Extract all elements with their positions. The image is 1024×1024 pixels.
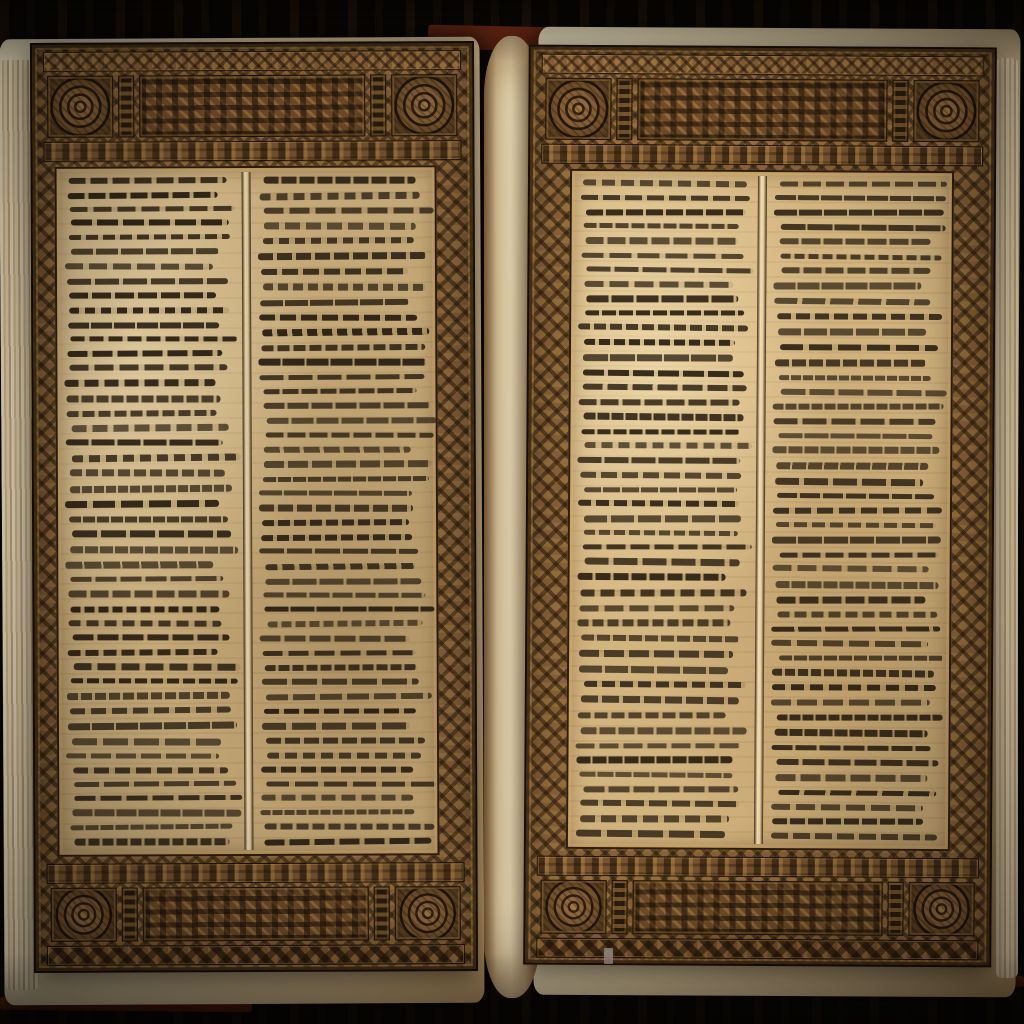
script-line — [778, 612, 938, 619]
script-line — [70, 824, 232, 831]
script-line — [776, 522, 936, 528]
script-line — [67, 410, 217, 417]
script-line — [71, 546, 239, 553]
script-line — [261, 679, 418, 685]
script-line — [584, 413, 744, 422]
script-line — [581, 635, 739, 643]
script-line — [774, 210, 944, 216]
rosette-panel — [51, 888, 117, 942]
right-footer-band — [525, 849, 990, 966]
script-line — [771, 640, 928, 647]
script-line — [71, 679, 238, 685]
cartouche-row — [51, 886, 461, 942]
script-line — [264, 446, 411, 452]
script-line — [263, 238, 414, 245]
script-line — [578, 399, 739, 405]
script-line — [265, 664, 417, 671]
text-column — [568, 171, 758, 848]
script-line — [260, 636, 410, 642]
script-line — [67, 692, 230, 700]
script-line — [774, 283, 922, 290]
script-line — [583, 384, 747, 392]
script-line — [263, 650, 416, 656]
script-line — [65, 562, 213, 569]
script-line — [69, 591, 230, 598]
script-line — [258, 359, 426, 366]
script-line — [583, 369, 744, 377]
script-line — [263, 208, 433, 214]
script-line — [775, 478, 923, 486]
script-line — [577, 620, 730, 627]
script-line — [771, 803, 923, 810]
script-line — [264, 708, 416, 714]
script-line — [75, 838, 230, 845]
script-line — [261, 534, 412, 541]
script-line — [73, 635, 230, 641]
script-line — [580, 727, 746, 734]
script-line — [69, 365, 227, 372]
script-line — [585, 557, 740, 566]
small-paper-fragment — [604, 948, 613, 964]
left-header-band — [32, 43, 473, 167]
script-line — [780, 224, 945, 231]
script-line — [72, 453, 241, 462]
scroll-strip — [43, 140, 461, 162]
script-line — [267, 620, 422, 628]
script-line — [780, 181, 947, 187]
script-line — [71, 220, 229, 226]
script-line — [578, 457, 741, 464]
rosette-panel — [391, 74, 457, 136]
script-line — [581, 696, 739, 705]
script-line — [266, 781, 436, 786]
braid-strip — [542, 54, 984, 77]
script-line — [69, 307, 229, 314]
script-line — [772, 404, 943, 410]
right-text-area — [566, 169, 954, 851]
script-line — [264, 837, 431, 845]
script-line — [66, 753, 219, 759]
script-line — [69, 620, 222, 626]
script-line — [584, 339, 735, 346]
script-line — [775, 774, 927, 782]
script-line — [578, 500, 739, 507]
script-line — [267, 417, 437, 424]
script-line — [582, 253, 744, 260]
divider-panel — [374, 886, 390, 940]
script-line — [778, 789, 936, 796]
script-line — [774, 729, 927, 738]
scroll-strip — [537, 856, 979, 879]
script-line — [777, 596, 926, 603]
script-line — [73, 767, 228, 773]
script-line — [259, 374, 424, 381]
script-line — [69, 484, 232, 493]
script-line — [74, 795, 242, 801]
script-line — [582, 429, 740, 434]
manuscript-photo — [0, 0, 1024, 1024]
cartouche-row — [545, 78, 979, 143]
script-line — [779, 375, 931, 381]
script-line — [776, 463, 928, 470]
knotwork-cartouche — [143, 887, 369, 942]
script-line — [780, 388, 946, 396]
script-line — [72, 424, 229, 432]
script-line — [777, 715, 943, 721]
script-line — [579, 650, 733, 659]
script-line — [585, 311, 744, 316]
divider-panel — [122, 888, 138, 942]
script-line — [585, 209, 745, 215]
rosette-panel — [395, 886, 461, 940]
script-line — [264, 824, 434, 830]
left-footer-band — [36, 855, 476, 971]
divider-panel — [611, 880, 627, 934]
script-line — [264, 177, 416, 184]
script-line — [70, 470, 226, 477]
script-line — [70, 336, 237, 341]
script-line — [71, 248, 219, 255]
script-line — [66, 440, 223, 446]
script-line — [264, 460, 432, 468]
script-line — [586, 237, 738, 245]
script-line — [779, 433, 933, 439]
script-line — [71, 576, 224, 582]
script-line — [67, 395, 221, 402]
script-line — [67, 278, 228, 284]
script-line — [261, 268, 408, 275]
script-line — [264, 222, 416, 230]
divider-panel — [118, 76, 134, 138]
script-line — [771, 832, 937, 840]
script-line — [584, 487, 737, 492]
script-line — [584, 223, 739, 229]
script-line — [579, 665, 728, 674]
script-line — [70, 707, 231, 715]
script-line — [584, 443, 752, 450]
script-line — [67, 722, 237, 731]
knotwork-cartouche — [637, 78, 887, 142]
script-line — [581, 195, 750, 202]
script-line — [779, 552, 938, 557]
script-line — [72, 531, 231, 538]
left-text-area — [55, 165, 440, 857]
script-line — [259, 314, 417, 320]
rosette-panel — [545, 78, 611, 140]
script-line — [261, 344, 425, 352]
script-line — [74, 781, 236, 788]
script-line — [776, 759, 938, 767]
script-line — [263, 283, 426, 291]
script-line — [68, 177, 226, 184]
right-header-band — [530, 47, 995, 172]
checker-strip — [536, 938, 978, 961]
script-line — [577, 713, 725, 719]
script-line — [263, 388, 416, 394]
script-line — [264, 402, 431, 409]
script-line — [771, 745, 930, 751]
rosette-panel — [47, 76, 113, 138]
script-line — [775, 581, 938, 589]
script-line — [68, 191, 218, 198]
script-line — [69, 234, 230, 240]
script-line — [583, 530, 737, 536]
script-line — [262, 328, 429, 336]
script-line — [580, 772, 733, 779]
script-line — [261, 767, 413, 773]
divider-panel — [892, 80, 908, 142]
script-line — [775, 195, 946, 201]
script-line — [265, 607, 435, 612]
script-line — [580, 815, 729, 822]
script-line — [772, 818, 923, 825]
script-line — [584, 281, 733, 288]
scroll-strip — [541, 144, 983, 167]
script-line — [74, 663, 241, 671]
script-line — [67, 648, 217, 655]
braid-strip — [43, 50, 461, 72]
script-line — [586, 266, 753, 274]
rosette-panel — [913, 80, 979, 142]
script-line — [266, 432, 434, 438]
script-line — [578, 324, 748, 333]
script-line — [775, 359, 926, 366]
script-line — [71, 606, 220, 612]
rosette-panel — [908, 882, 974, 936]
script-line — [260, 809, 414, 815]
script-line — [69, 516, 228, 522]
script-line — [583, 354, 733, 361]
text-column — [250, 167, 437, 854]
script-line — [69, 292, 216, 299]
knotwork-cartouche — [632, 880, 882, 936]
script-line — [67, 350, 223, 357]
script-line — [772, 508, 941, 515]
script-line — [781, 253, 942, 260]
script-line — [577, 757, 733, 764]
script-line — [772, 565, 928, 573]
script-line — [584, 681, 746, 689]
script-line — [576, 743, 741, 748]
script-line — [777, 493, 934, 500]
script-line — [583, 786, 738, 792]
script-line — [65, 379, 216, 387]
checker-strip — [47, 944, 465, 966]
script-line — [781, 268, 930, 275]
script-line — [580, 589, 746, 596]
script-line — [68, 322, 219, 328]
script-line — [576, 830, 725, 839]
text-column — [57, 168, 244, 855]
script-line — [259, 490, 412, 496]
divider-panel — [887, 882, 903, 936]
script-line — [583, 179, 747, 188]
cartouche-row — [47, 74, 457, 138]
script-line — [263, 593, 425, 599]
script-line — [262, 722, 410, 729]
script-line — [580, 800, 740, 808]
script-line — [771, 627, 940, 632]
script-line — [774, 418, 936, 424]
text-column — [762, 172, 952, 849]
script-line — [580, 472, 741, 479]
script-line — [266, 738, 425, 744]
rosette-panel — [540, 880, 606, 934]
script-line — [266, 692, 432, 700]
left-page-panel — [30, 41, 478, 973]
script-line — [72, 738, 221, 745]
script-line — [265, 562, 415, 570]
divider-panel — [616, 78, 632, 140]
script-line — [771, 684, 935, 691]
script-line — [65, 500, 219, 508]
script-line — [260, 299, 409, 307]
script-line — [777, 313, 942, 320]
cartouche-row — [540, 880, 974, 937]
script-line — [65, 263, 213, 270]
scroll-strip — [47, 862, 465, 884]
script-line — [578, 573, 726, 581]
script-line — [70, 205, 235, 211]
script-line — [72, 809, 241, 816]
script-line — [262, 519, 409, 526]
script-line — [258, 252, 426, 260]
page-stack-fore-edge — [996, 58, 1018, 978]
script-line — [780, 344, 938, 351]
script-line — [779, 239, 930, 246]
script-line — [259, 504, 413, 511]
script-line — [774, 298, 930, 306]
script-line — [771, 700, 930, 706]
script-line — [259, 191, 419, 200]
script-line — [259, 549, 418, 555]
script-line — [779, 655, 943, 660]
knotwork-cartouche — [139, 75, 365, 138]
script-line — [261, 795, 413, 801]
script-line — [587, 296, 739, 303]
script-line — [580, 605, 735, 612]
right-page-panel — [523, 45, 997, 968]
script-line — [584, 515, 741, 522]
divider-panel — [370, 74, 386, 136]
script-line — [583, 545, 752, 550]
script-line — [772, 668, 934, 677]
script-line — [263, 476, 429, 482]
script-line — [778, 328, 926, 335]
script-line — [267, 752, 421, 758]
script-line — [772, 447, 939, 455]
script-line — [265, 578, 421, 585]
script-line — [772, 537, 941, 544]
